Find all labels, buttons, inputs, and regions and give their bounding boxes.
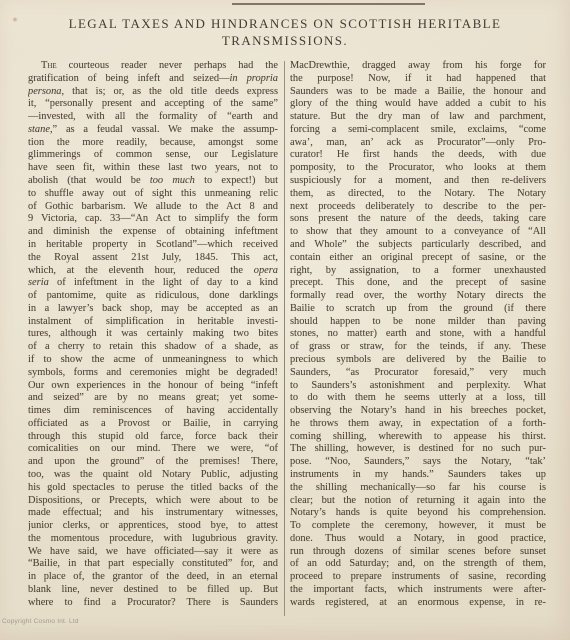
- text-line: to shuffle away out of sight this unmean…: [28, 188, 278, 201]
- text-line: to Saunders’s astonishment and perplexit…: [290, 380, 546, 393]
- text-line: seria of infeftment in the light of day …: [28, 277, 278, 290]
- text-line: curator! He first hands the deeds, with …: [290, 149, 546, 162]
- text-line: Dispositions, or Precepts, which were ab…: [28, 495, 278, 508]
- text-line: and seized” are by no means great; yet s…: [28, 392, 278, 405]
- text-line: sons present the nature of the deeds, ta…: [290, 213, 546, 226]
- text-line: of pantomime, quite as ridiculous, done …: [28, 290, 278, 303]
- text-line: comicalities on our mind. There we were,…: [28, 443, 278, 456]
- text-line: to show that they amount to a conveyance…: [290, 226, 546, 239]
- text-line: should happen to be none milder than pav…: [290, 316, 546, 329]
- text-line: coming shilling, wherewith to appease hi…: [290, 431, 546, 444]
- text-line: and upon the ground” of the premises! Th…: [28, 456, 278, 469]
- text-line: next proceeds deliberately to describe t…: [290, 201, 546, 214]
- text-line: which, at the eleventh hour, reduced the…: [28, 265, 278, 278]
- text-line: right, by assignation, to a former unexh…: [290, 265, 546, 278]
- text-line: too, was the quaint old Notary Public, a…: [28, 469, 278, 482]
- text-line: stane,” as a feudal vassal. We make the …: [28, 124, 278, 137]
- text-line: forcing a semi-complacent smile, exclaim…: [290, 124, 546, 137]
- text-line: persona, that is; or, as the old title d…: [28, 86, 278, 99]
- title-line-2: TRANSMISSIONS.: [222, 33, 348, 48]
- text-line: glimmerings of common sense, our Legisla…: [28, 149, 278, 162]
- text-line: times dim reminiscences of having accide…: [28, 405, 278, 418]
- text-line: officiated as a Provost or Bailie, in ca…: [28, 418, 278, 431]
- text-line: the important facts, which instruments w…: [290, 584, 546, 597]
- text-line: where to find a Procurator? There is Sau…: [28, 597, 278, 610]
- text-line: abolish (that would be too much to expec…: [28, 175, 278, 188]
- two-column-body: The courteous reader never perhaps had t…: [28, 60, 546, 626]
- text-line: run through dozens of similar scenes bef…: [290, 546, 546, 559]
- column-left: The courteous reader never perhaps had t…: [28, 60, 278, 626]
- text-line: them, as directed, to the Notary. The No…: [290, 188, 546, 201]
- text-line: and Whole” the subjects particularly des…: [290, 239, 546, 252]
- text-line: stones, no matter) earth and stone, with…: [290, 328, 546, 341]
- text-line: awa’, man, an’ ack as Procurator”—only P…: [290, 137, 546, 150]
- text-line: in place of, the grantor of the deed, in…: [28, 571, 278, 584]
- text-line: “Bailie, in that part especially constit…: [28, 558, 278, 571]
- text-line: if to show the acme of unmeaningness to …: [28, 354, 278, 367]
- text-line: —invested, with all the formality of “ea…: [28, 111, 278, 124]
- text-line: precept. This done, and the precept of s…: [290, 277, 546, 290]
- text-line: suspiciously for a moment, and then re-d…: [290, 175, 546, 188]
- watermark: Copyright Cosmo Int. Ltd: [2, 618, 79, 625]
- text-line: contain either an original precept of sa…: [290, 252, 546, 265]
- text-line: clear; but the notion of returning it ag…: [290, 495, 546, 508]
- text-line: in heritable property in Scotland”—which…: [28, 239, 278, 252]
- text-line: The shilling, however, is destined for n…: [290, 443, 546, 456]
- text-line: his gold spectacles to peruse the titled…: [28, 482, 278, 495]
- text-line: of an odd Saturday; and, on the strength…: [290, 558, 546, 571]
- text-line: junior clerks, or apprentices, stood bye…: [28, 520, 278, 533]
- text-line: in a lawyer’s back shop, may be accepted…: [28, 303, 278, 316]
- title-line-1: LEGAL TAXES AND HINDRANCES ON SCOTTISH H…: [69, 16, 502, 31]
- text-line: of a cherry to retain this shadow of a s…: [28, 341, 278, 354]
- text-line: To complete the ceremony, however, it mu…: [290, 520, 546, 533]
- text-line: and diminish the expense of obtaining in…: [28, 226, 278, 239]
- text-line: have seen fit, within these last two yea…: [28, 162, 278, 175]
- text-line: instruments in my hands.” Saunders takes…: [290, 469, 546, 482]
- text-line: the Royal assent 21st July, 1845. This a…: [28, 252, 278, 265]
- text-line: made effectual; and his instrumentary wi…: [28, 507, 278, 520]
- text-line: tion the more readily, because, amongst …: [28, 137, 278, 150]
- text-line: Bailie to scratch up from the ground (if…: [290, 303, 546, 316]
- text-line: the momentous procedure, with lugubrious…: [28, 533, 278, 546]
- text-line: blank line, never destined to be filled …: [28, 584, 278, 597]
- text-line: observing the Notary’s hand in his breec…: [290, 405, 546, 418]
- text-line: Saunders, “as Procurator foresaid,” very…: [290, 367, 546, 380]
- text-line: pomposity, to the Procurator, who looks …: [290, 162, 546, 175]
- text-line: pose. “Noo, Saunders,” says the Notary, …: [290, 456, 546, 469]
- text-line: of Gothic barbarism. We allude to the Ac…: [28, 201, 278, 214]
- text-line: of grass or straw, for the teinds, if an…: [290, 341, 546, 354]
- text-line: Notary’s hands is quite beyond his compr…: [290, 507, 546, 520]
- header-rule: [232, 3, 425, 5]
- text-line: glory of the thing would have added a cu…: [290, 98, 546, 111]
- scanned-page: LEGAL TAXES AND HINDRANCES ON SCOTTISH H…: [0, 0, 570, 640]
- text-line: through this stupid old farce, force bac…: [28, 431, 278, 444]
- text-line: done. Thus would a Notary, in good pract…: [290, 533, 546, 546]
- article-title: LEGAL TAXES AND HINDRANCES ON SCOTTISH H…: [0, 16, 570, 49]
- text-line: tures, although it was certainly making …: [28, 328, 278, 341]
- text-line: precious symbols are delivered by the Ba…: [290, 354, 546, 367]
- text-line: Our own experiences in the honour of bei…: [28, 380, 278, 393]
- text-line: MacDrewthie, dragged away from his forge…: [290, 60, 546, 73]
- column-divider: [284, 61, 285, 616]
- text-line: he throws them away, in expectation of a…: [290, 418, 546, 431]
- text-line: it, “personally present and accepting of…: [28, 98, 278, 111]
- text-line: the purpose! Now, if it had happened tha…: [290, 73, 546, 86]
- column-right: MacDrewthie, dragged away from his forge…: [290, 60, 546, 626]
- text-line: wards registered, at an enormous expense…: [290, 597, 546, 610]
- text-line: stature. But the dry man of law and parc…: [290, 111, 546, 124]
- text-line: formally read over, the worthy Notary di…: [290, 290, 546, 303]
- text-line: We have said, we have officiated—say it …: [28, 546, 278, 559]
- text-line: The courteous reader never perhaps had t…: [28, 60, 278, 73]
- text-line: proceed to prepare instruments of sasine…: [290, 571, 546, 584]
- text-line: symbols, forms and ceremonies might be d…: [28, 367, 278, 380]
- text-line: Saunders was to be made a Bailie, the ho…: [290, 86, 546, 99]
- text-line: 9 Victoria, cap. 33—“An Act to simplify …: [28, 213, 278, 226]
- text-line: to do with them he seems utterly at a lo…: [290, 392, 546, 405]
- text-line: the shilling mechanically—so far his cou…: [290, 482, 546, 495]
- text-line: instalment of simplification in heritabl…: [28, 316, 278, 329]
- text-line: gratification of being infeft and seized…: [28, 73, 278, 86]
